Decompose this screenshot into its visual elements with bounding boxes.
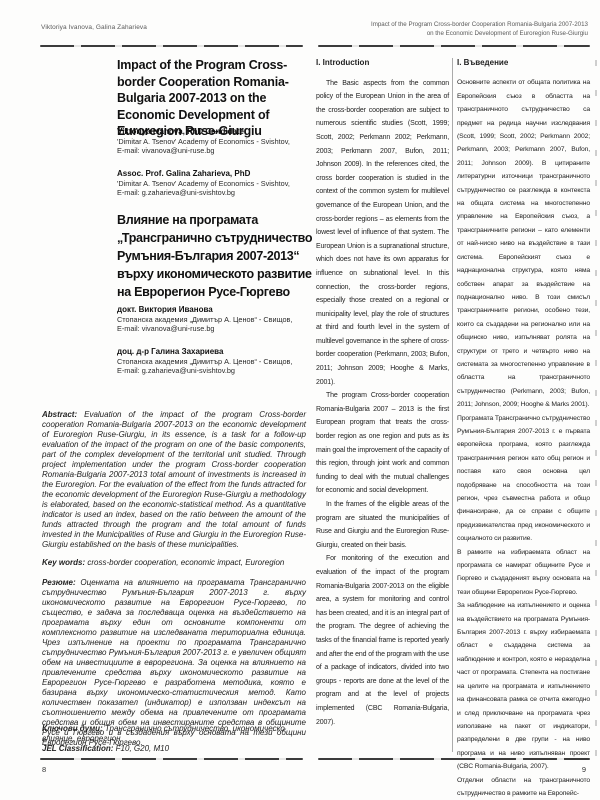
author-en-2: Assoc. Prof. Galina Zaharieva, PhD 'Dimi… [117,169,312,198]
scan-artifact [595,60,597,760]
author-bg-2-email: E-mail: g.zaharieva@uni-svishtov.bg [117,366,312,376]
jel-classification: JEL Classification: F10, G20, M10 [42,744,306,753]
intro-en-paragraph: In the frames of the eligible areas of t… [316,498,449,552]
footer-rule-left [40,758,303,760]
running-head-right-line2: on the Economic Development of Euroregio… [308,30,588,39]
footer-rule-right [318,758,590,760]
running-head-right: Impact of the Program Cross-border Coope… [308,21,588,38]
section-heading-en: I. Introduction [316,56,449,70]
abstract: Abstract: Evaluation of the impact of th… [42,410,306,550]
running-head-right-line1: Impact of the Program Cross-border Coope… [308,21,588,30]
intro-en-paragraph: The Basic aspects from the common policy… [316,77,449,390]
running-head-left: Viktoriya Ivanova, Galina Zaharieva [41,24,147,31]
keywords-bg-label: Ключови думи: [42,724,103,733]
intro-en-paragraph: For monitoring of the execution and eval… [316,552,449,729]
abstract-text: Evaluation of the impact of the program … [42,410,306,549]
author-en-2-name: Assoc. Prof. Galina Zaharieva, PhD [117,169,312,179]
keywords-bg: Ключови думи: Трансгранично сътрудничест… [42,724,306,744]
intro-en-paragraph: The program Cross-border cooperation Rom… [316,389,449,498]
intro-bg-paragraph: Отделни области на трансграничното сътру… [457,774,590,800]
author-bg-2-name: доц. д-р Галина Захариева [117,347,312,357]
page-number-left: 8 [42,765,46,774]
article-title-bg: Влияние на програмата „Трансгранично сът… [117,211,315,301]
scanned-journal-spread: Viktoriya Ivanova, Galina Zaharieva Impa… [0,0,600,800]
column-introduction-en: I. Introduction The Basic aspects from t… [316,56,449,729]
author-en-1-email: E-mail: vivanova@uni-ruse.bg [117,146,312,156]
keywords-label: Key words: [42,558,85,567]
header-rule-left [40,45,303,47]
section-heading-bg: I. Въведение [457,56,590,69]
intro-bg-paragraph: В рамките на избираемата област на прогр… [457,546,590,600]
keywords-text: cross-border cooperation, economic impac… [87,558,284,567]
page-number-right: 9 [582,765,586,774]
intro-bg-paragraph: Основните аспекти от общата политика на … [457,76,590,411]
column-divider [452,58,453,752]
author-bg-1: докт. Виктория Иванова Стопанска академи… [117,305,312,334]
author-bg-1-name: докт. Виктория Иванова [117,305,312,315]
author-en-1-name: Viktoriya Ivanova, PhD Candidate [117,127,312,137]
author-bg-2-affiliation: Стопанска академия „Димитър А. Ценов“ - … [117,357,312,367]
author-bg-1-affiliation: Стопанска академия „Димитър А. Ценов“ - … [117,315,312,325]
jel-label: JEL Classification: [42,744,113,753]
abstract-label: Abstract: [42,410,77,419]
author-en-1: Viktoriya Ivanova, PhD Candidate 'Dimita… [117,127,312,156]
author-en-1-affiliation: 'Dimitar A. Tsenov' Academy of Economics… [117,137,312,147]
rezume-text: Оценката на влиянието на програмата Тран… [42,578,306,747]
header-rule-right [318,45,590,47]
keywords: Key words: cross-border cooperation, eco… [42,558,306,568]
intro-bg-paragraph: Програмата Трансгранично сътрудничество … [457,412,590,546]
author-bg-2: доц. д-р Галина Захариева Стопанска акад… [117,347,312,376]
column-introduction-bg: I. Въведение Основните аспекти от общата… [457,56,590,800]
author-en-2-email: E-mail: g.zaharieva@uni-svishtov.bg [117,188,312,198]
author-bg-1-email: E-mail: vivanova@uni-ruse.bg [117,324,312,334]
jel-text: F10, G20, M10 [116,744,169,753]
rezume-label: Резюме: [42,578,76,587]
author-en-2-affiliation: 'Dimitar A. Tsenov' Academy of Economics… [117,179,312,189]
rezume-bg: Резюме: Оценката на влиянието на програм… [42,578,306,748]
intro-bg-paragraph: За наблюдение на изпълнението и оценка н… [457,599,590,773]
